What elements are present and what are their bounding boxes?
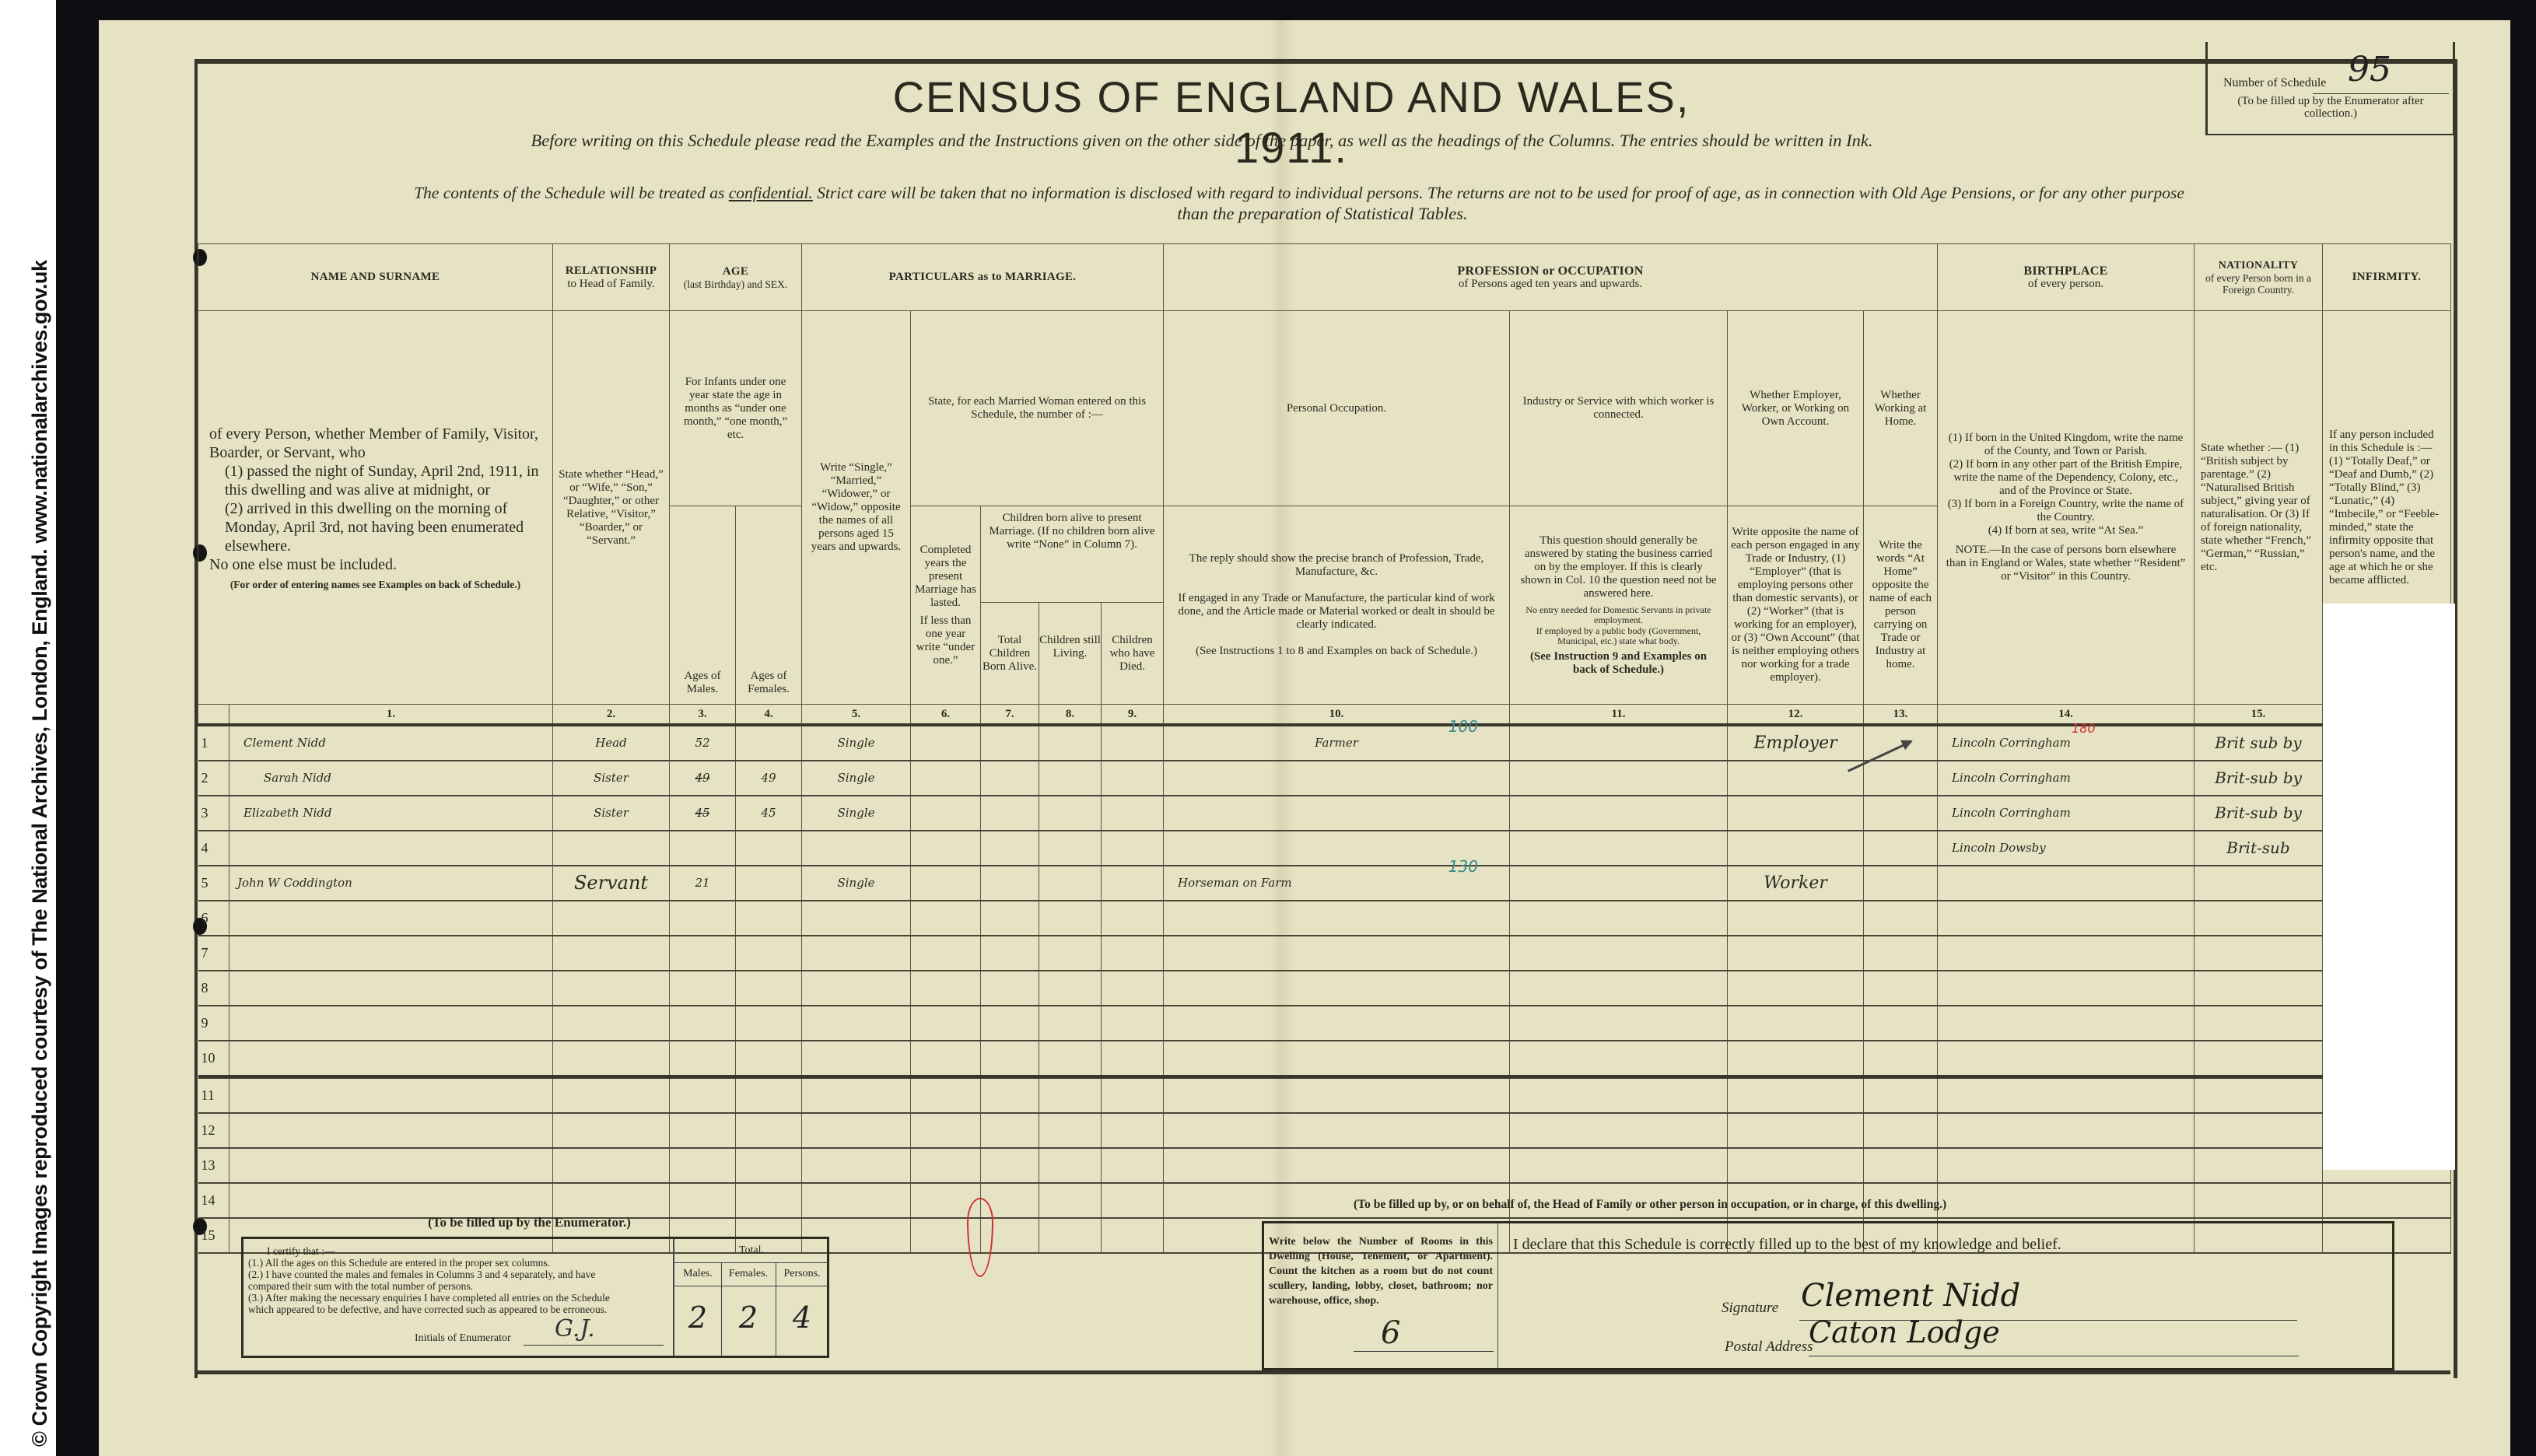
total-children-header: Total Children Born Alive. (981, 603, 1039, 704)
cell-empty (1039, 866, 1102, 901)
enumerator-section-title: (To be filled up by the Enumerator.) (428, 1215, 631, 1230)
column-number (198, 705, 229, 726)
occupation-code: 100 (1448, 720, 1478, 733)
declaration-text: I declare that this Schedule is correctl… (1513, 1236, 2061, 1254)
cell-marriage: Single (802, 866, 911, 901)
total-females: Females.2 (721, 1262, 776, 1356)
header-name: NAME AND SURNAME (198, 244, 553, 311)
certify-item: (2.) I have counted the males and female… (248, 1269, 614, 1292)
cell-empty (1102, 831, 1164, 866)
cell-nationality: Brit-sub by (2194, 796, 2323, 831)
industry-header: Industry or Service with which worker is… (1510, 311, 1728, 506)
cell-empty (1102, 761, 1164, 796)
cell-empty (981, 761, 1039, 796)
cell-relationship: Head (553, 725, 670, 761)
column-number: 6. (911, 705, 981, 726)
header-infirmity: INFIRMITY. (2323, 244, 2451, 311)
cell-name: John W Coddington (229, 866, 553, 901)
cell-relationship: Sister (553, 761, 670, 796)
home-header: Whether Working at Home. (1864, 311, 1938, 506)
row-number: 13 (198, 1148, 229, 1183)
initials-value: G.J. (555, 1315, 595, 1342)
cell-nationality: Brit-sub (2194, 831, 2323, 866)
schedule-number-note: (To be filled up by the Enumerator after… (2214, 95, 2447, 120)
address-value: Caton Lodge (1809, 1315, 2000, 1349)
occupation-desc: The reply should show the precise branch… (1172, 552, 1501, 579)
children-living-header: Children still Living. (1039, 603, 1102, 704)
cell-nationality: Brit sub by (2194, 725, 2323, 761)
name-desc: (2) arrived in this dwelling on the morn… (209, 499, 541, 555)
row-number: 10 (198, 1041, 229, 1077)
females-header: Ages of Females. (736, 506, 802, 705)
row-number: 3 (198, 796, 229, 831)
married-woman-instructions: State, for each Married Woman entered on… (911, 311, 1164, 506)
cell-age-female: 45 (736, 796, 802, 831)
cell-age-male: 52 (670, 725, 736, 761)
rooms-line (1354, 1351, 1494, 1352)
instruction-text: The contents of the Schedule will be tre… (414, 184, 729, 202)
industry-desc: (See Instruction 9 and Examples on back … (1518, 650, 1719, 677)
initials-label: Initials of Enumerator (415, 1332, 511, 1345)
column-number: 12. (1728, 705, 1864, 726)
row-number: 2 (198, 761, 229, 796)
cell-empty (229, 831, 553, 866)
occupation-desc: If engaged in any Trade or Manufacture, … (1172, 592, 1501, 632)
confidential-word: confidential. (729, 184, 813, 202)
cell-empty (911, 725, 981, 761)
cell-empty (1728, 831, 1864, 866)
employer-header: Whether Employer, Worker, or Working on … (1728, 311, 1864, 506)
schedule-number-line (2313, 93, 2449, 94)
name-desc: (For order of entering names see Example… (209, 579, 541, 590)
age-instructions: For Infants under one year state the age… (670, 311, 802, 506)
header-birthplace: BIRTHPLACEof every person. (1938, 244, 2194, 311)
birthplace-desc: (2) If born in any other part of the Bri… (1946, 458, 2186, 498)
table-row: 8 (198, 971, 2451, 1006)
cell-empty (1039, 725, 1102, 761)
children-text: Children born alive to present Marriage.… (981, 507, 1163, 603)
females-value: 2 (721, 1286, 776, 1349)
header-profession: PROFESSION or OCCUPATIONof Persons aged … (1164, 244, 1938, 311)
cell-relationship: Sister (553, 796, 670, 831)
cell-empty (1510, 761, 1728, 796)
cell-employer: Worker (1728, 866, 1864, 901)
table-row: 6 (198, 901, 2451, 936)
column-number: 7. (981, 705, 1039, 726)
industry-desc: If employed by a public body (Government… (1518, 626, 1719, 647)
males-label: Males. (674, 1262, 721, 1286)
profession-sub: of Persons aged ten years and upwards. (1164, 278, 1937, 291)
row-number: 7 (198, 936, 229, 971)
cell-empty (911, 796, 981, 831)
form-title: CENSUS OF ENGLAND AND WALES, 1911. (856, 72, 1727, 173)
header-age: AGE(last Birthday) and SEX. (670, 244, 802, 311)
cell-relationship: Servant (553, 866, 670, 901)
subheader-row-1: of every Person, whether Member of Famil… (198, 311, 2451, 506)
birthplace-note: NOTE.—In the case of persons born elsewh… (1946, 544, 2186, 583)
row-number: 9 (198, 1006, 229, 1041)
relationship-instructions: State whether “Head,” or “Wife,” “Son,” … (553, 311, 670, 705)
table-row: 3 Elizabeth Nidd Sister 45 45 Single Lin… (198, 796, 2451, 831)
persons-value: 4 (776, 1286, 828, 1349)
birthplace-desc: (3) If born in a Foreign Country, write … (1946, 498, 2186, 524)
column-number: 1. (229, 705, 553, 726)
occupation-text: Horseman on Farm (1178, 876, 1292, 890)
cell-empty (1039, 796, 1102, 831)
personal-occupation-header: Personal Occupation. (1164, 311, 1510, 506)
completed-years-header: Completed years the present Marriage has… (911, 506, 981, 705)
cell-name: Sarah Nidd (229, 761, 553, 796)
table-row: 9 (198, 1006, 2451, 1041)
census-table: NAME AND SURNAME RELATIONSHIPto Head of … (198, 243, 2451, 1254)
cell-empty (802, 831, 911, 866)
redacted-infirmity-column (2323, 604, 2455, 1170)
cell-age-female: 49 (736, 761, 802, 796)
instruction-text: Strict care will be taken that no inform… (813, 184, 2184, 202)
row-number: 4 (198, 831, 229, 866)
industry-instructions: This question should generally be answer… (1510, 506, 1728, 705)
cell-empty (1102, 796, 1164, 831)
instruction-line-2: The contents of the Schedule will be tre… (222, 184, 2377, 203)
name-desc: of every Person, whether Member of Famil… (209, 425, 541, 462)
name-desc: No one else must be included. (209, 555, 541, 574)
column-number: 5. (802, 705, 911, 726)
copyright-strip: © Crown Copyright Images reproduced cour… (0, 0, 56, 1456)
birthplace-title: BIRTHPLACE (1938, 264, 2194, 278)
row-number: 11 (198, 1077, 229, 1114)
birthplace-instructions: (1) If born in the United Kingdom, write… (1938, 311, 2194, 705)
persons-label: Persons. (776, 1262, 828, 1286)
children-header: Children born alive to present Marriage.… (981, 506, 1164, 705)
cell-empty (981, 796, 1039, 831)
header-relationship: RELATIONSHIPto Head of Family. (553, 244, 670, 311)
copyright-credit: © Crown Copyright Images reproduced cour… (28, 260, 52, 1447)
column-number: 2. (553, 705, 670, 726)
cell-empty (1164, 796, 1510, 831)
males-value: 2 (674, 1286, 721, 1349)
birthplace-sub: of every person. (1938, 278, 2194, 291)
birthplace-desc: (1) If born in the United Kingdom, write… (1946, 432, 2186, 458)
rooms-value: 6 (1381, 1315, 1400, 1351)
table-row: 2 Sarah Nidd Sister 49 49 Single Lincoln… (198, 761, 2451, 796)
cell-empty (553, 831, 670, 866)
cell-nationality: Brit-sub by (2194, 761, 2323, 796)
table-row: 4 Lincoln Dowsby Brit-sub (198, 831, 2451, 866)
cell-marriage: Single (802, 761, 911, 796)
birthplace-text: Lincoln Corringham (1952, 736, 2071, 750)
address-line (1809, 1356, 2299, 1356)
cell-empty (1938, 866, 2194, 901)
marriage-write-instructions: Write “Single,” “Married,” “Widower,” or… (802, 311, 911, 705)
occupation-code: 130 (1448, 860, 1478, 873)
cell-age-female (736, 725, 802, 761)
cell-empty (1864, 761, 1938, 796)
row-number: 5 (198, 866, 229, 901)
profession-title: PROFESSION or OCCUPATION (1164, 264, 1937, 278)
header-row: NAME AND SURNAME RELATIONSHIPto Head of … (198, 244, 2451, 311)
cell-empty (1864, 866, 1938, 901)
declaration-box: Write below the Number of Rooms in this … (1262, 1221, 2394, 1370)
males-header: Ages of Males. (670, 506, 736, 705)
column-number: 9. (1102, 705, 1164, 726)
row-number: 6 (198, 901, 229, 936)
nationality-title: NATIONALITY (2194, 259, 2322, 272)
column-number: 8. (1039, 705, 1102, 726)
nationality-instructions: State whether :— (1) “British subject by… (2194, 311, 2323, 705)
completed-years-text: Completed years the present Marriage has… (913, 544, 978, 610)
cell-age-female (736, 866, 802, 901)
cell-occupation: Farmer100 (1164, 725, 1510, 761)
children-died-header: Children who have Died. (1102, 603, 1163, 704)
table-row: 13 (198, 1148, 2451, 1183)
cell-empty (1039, 761, 1102, 796)
schedule-number-box: Number of Schedule 95 (To be filled up b… (2205, 42, 2455, 135)
table-row: 7 (198, 936, 2451, 971)
age-sub: (last Birthday) and SEX. (670, 278, 801, 290)
column-number-row: 1. 2. 3. 4. 5. 6. 7. 8. 9. 10. 11. 12. 1… (198, 705, 2451, 726)
cell-birthplace: Lincoln Corringham (1938, 761, 2194, 796)
relationship-title: RELATIONSHIP (553, 264, 669, 278)
cell-empty (2194, 866, 2323, 901)
cell-empty (1864, 831, 1938, 866)
completed-years-note: If less than one year write “under one.” (913, 614, 978, 667)
totals-box: Total. Males.2 Females.2 Persons.4 (673, 1239, 828, 1356)
rooms-instructions: Write below the Number of Rooms in this … (1269, 1234, 1493, 1308)
cell-empty (1510, 866, 1728, 901)
cell-occupation: Horseman on Farm130 (1164, 866, 1510, 901)
occupation-text: Farmer (1315, 736, 1358, 750)
header-nationality: NATIONALITYof every Person born in a For… (2194, 244, 2323, 311)
schedule-number-label: Number of Schedule (2223, 76, 2326, 90)
address-label: Postal Address (1725, 1339, 1813, 1356)
table-row: 11 (198, 1077, 2451, 1114)
nationality-sub: of every Person born in a Foreign Countr… (2194, 272, 2322, 296)
cell-empty (1102, 725, 1164, 761)
cell-age-male: 45 (670, 796, 736, 831)
relationship-sub: to Head of Family. (553, 278, 669, 291)
column-number: 4. (736, 705, 802, 726)
cell-empty (911, 831, 981, 866)
row-number: 15 (198, 1218, 229, 1253)
cell-name: Clement Nidd (229, 725, 553, 761)
table-row: 14 (198, 1183, 2451, 1218)
cell-empty (1728, 796, 1864, 831)
instruction-line-1: Before writing on this Schedule please r… (498, 131, 1906, 151)
row-number: 1 (198, 725, 229, 761)
total-persons: Persons.4 (776, 1262, 828, 1356)
declaration-section-title: (To be filled up by, or on behalf of, th… (1354, 1198, 1946, 1212)
cell-age-male: 21 (670, 866, 736, 901)
certify-item: (3.) After making the necessary enquirie… (248, 1292, 614, 1315)
cell-employer: Employer (1728, 725, 1864, 761)
row-number: 12 (198, 1113, 229, 1148)
initials-line (524, 1345, 664, 1346)
cell-birthplace: Lincoln Dowsby (1938, 831, 2194, 866)
cell-empty (981, 866, 1039, 901)
cell-empty (670, 831, 736, 866)
total-males: Males.2 (674, 1262, 722, 1356)
signature-value: Clement Nidd (1801, 1278, 2020, 1314)
certify-item: (1.) All the ages on this Schedule are e… (248, 1257, 614, 1269)
enumerator-box: I certify that :— (1.) All the ages on t… (241, 1237, 829, 1358)
cell-birthplace: Lincoln Corringham (1938, 796, 2194, 831)
cell-empty (736, 831, 802, 866)
signature-label: Signature (1722, 1300, 1778, 1317)
cell-empty (1864, 796, 1938, 831)
cell-empty (981, 831, 1039, 866)
cell-empty (1164, 761, 1510, 796)
employer-instructions: Write opposite the name of each person e… (1728, 506, 1864, 705)
females-label: Females. (721, 1262, 776, 1286)
cell-empty (1039, 831, 1102, 866)
cell-marriage: Single (802, 725, 911, 761)
row-number: 8 (198, 971, 229, 1006)
bottom-border (194, 1370, 2450, 1374)
totals-heading: Total. (674, 1239, 828, 1263)
certify-heading: I certify that :— (248, 1245, 614, 1257)
birthplace-code: 180 (2072, 722, 2096, 735)
name-desc: (1) passed the night of Sunday, April 2n… (209, 462, 541, 499)
cell-empty (1510, 831, 1728, 866)
schedule-number-value: 95 (2348, 50, 2391, 89)
column-number: 15. (2194, 705, 2323, 726)
cell-empty (981, 725, 1039, 761)
column-number: 14. (1938, 705, 2194, 726)
name-instructions: of every Person, whether Member of Famil… (198, 311, 553, 705)
industry-desc: No entry needed for Domestic Servants in… (1518, 605, 1719, 626)
cell-marriage: Single (802, 796, 911, 831)
children-subheaders: Total Children Born Alive. Children stil… (981, 603, 1163, 704)
table-row: 5 John W Coddington Servant 21 Single Ho… (198, 866, 2451, 901)
personal-occupation-instructions: The reply should show the precise branch… (1164, 506, 1510, 705)
table-row: 12 (198, 1113, 2451, 1148)
header-marriage: PARTICULARS as to MARRIAGE. (802, 244, 1164, 311)
cell-empty (1510, 725, 1728, 761)
table-row: 10 (198, 1041, 2451, 1077)
column-number: 3. (670, 705, 736, 726)
birthplace-desc: (4) If born at sea, write “At Sea.” (1946, 524, 2186, 537)
cell-age-male: 49 (670, 761, 736, 796)
occupation-desc: (See Instructions 1 to 8 and Examples on… (1172, 645, 1501, 658)
table-row: 1 Clement Nidd Head 52 Single Farmer100 … (198, 725, 2451, 761)
cell-empty (911, 761, 981, 796)
instruction-line-3: than the preparation of Statistical Tabl… (1074, 204, 1571, 224)
cell-name: Elizabeth Nidd (229, 796, 553, 831)
column-number: 13. (1864, 705, 1938, 726)
column-number: 11. (1510, 705, 1728, 726)
cell-birthplace: Lincoln Corringham180 (1938, 725, 2194, 761)
enumerator-certification: I certify that :— (1.) All the ages on t… (248, 1245, 614, 1315)
age-title: AGE (670, 265, 801, 278)
cell-empty (1864, 725, 1938, 761)
home-instructions: Write the words “At Home” opposite the n… (1864, 506, 1938, 705)
cell-empty (1102, 866, 1164, 901)
cell-empty (1510, 796, 1728, 831)
row-number: 14 (198, 1183, 229, 1218)
rooms-box: Write below the Number of Rooms in this … (1264, 1223, 1498, 1368)
industry-desc: This question should generally be answer… (1518, 534, 1719, 600)
cell-empty (911, 866, 981, 901)
cell-empty (1728, 761, 1864, 796)
